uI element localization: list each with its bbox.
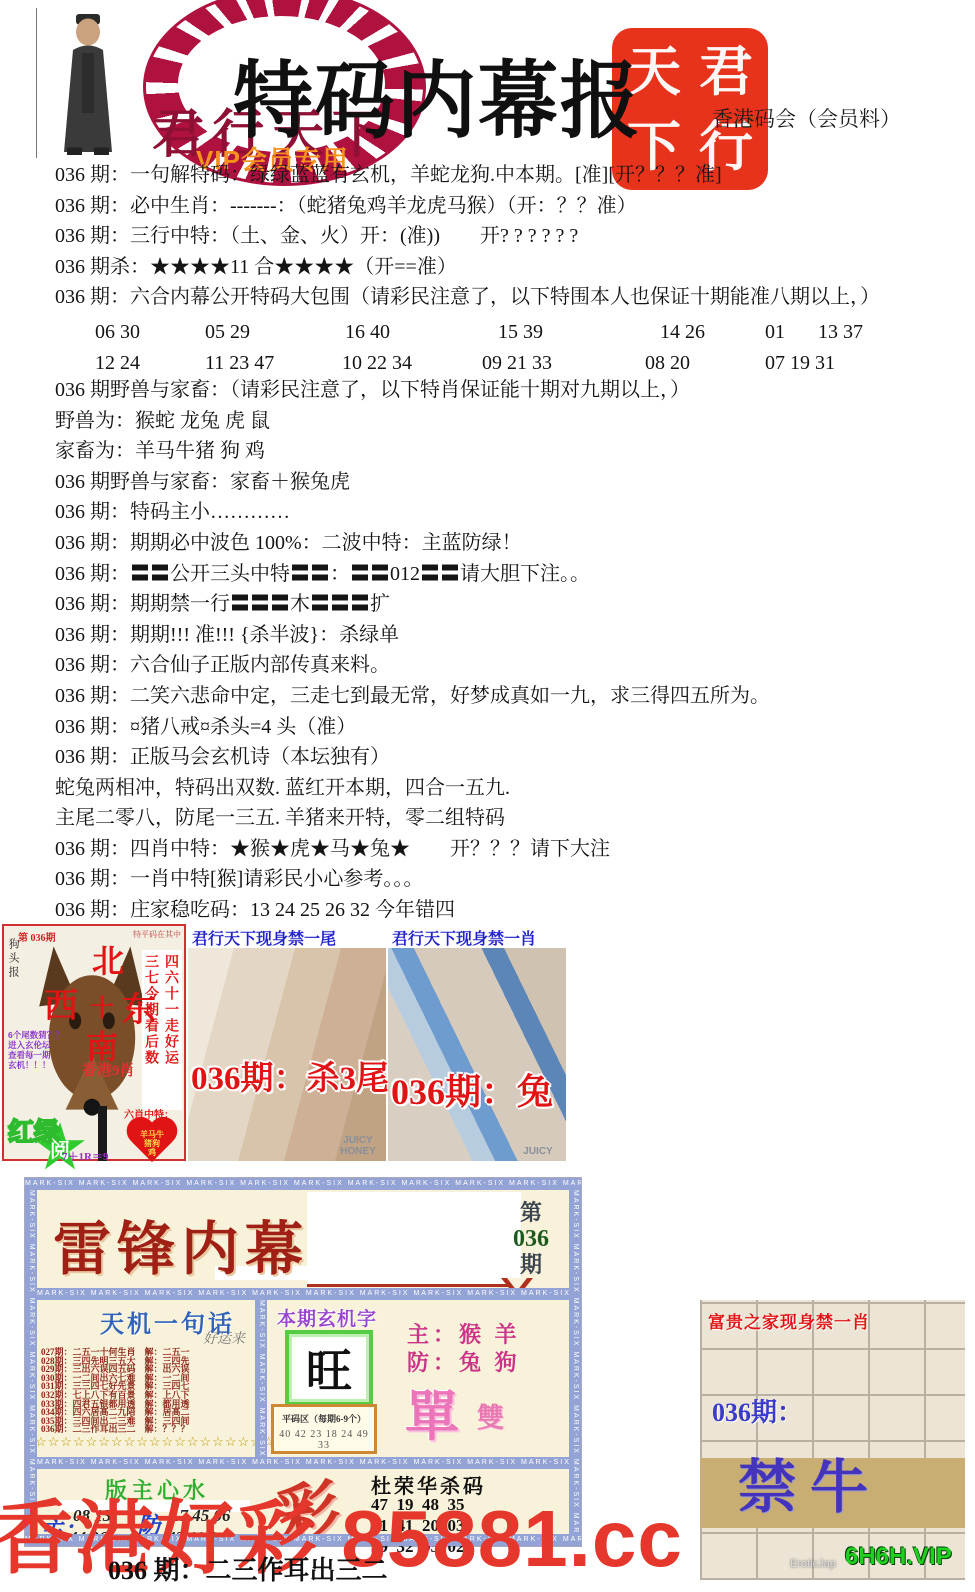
- fox-formula: 7＋1R＝9: [62, 1148, 108, 1164]
- fox-purple-note: 6个尾数猜？？ 进入玄伦坛 查看每一期 玄机！！！: [8, 1030, 64, 1070]
- tip-line: 036 期：三行中特：（土、金、火）开：(准)) 开? ? ? ? ? ?: [55, 221, 971, 252]
- seal-char: 君: [699, 45, 753, 99]
- tip-line: 家畜为：羊马牛猪 狗 鸡: [55, 436, 971, 467]
- fox-poster: 狗头报 第 036期 特平码在其中 北 西 十 东 南 6个尾数猜？？ 进入玄伦…: [2, 924, 186, 1161]
- xuanji-char-box: 旺: [285, 1330, 373, 1406]
- border-pattern: MARK-SIX MARK-SIX MARK-SIX MARK-SIX MARK…: [37, 1288, 569, 1300]
- grid-cell: 12 24: [95, 348, 140, 379]
- tip-line: 036 期：二笑六悲命中定，三走七到最无常，好梦成真如一九，求三得四五所为。: [55, 681, 971, 712]
- grid-cell: 10 22 34: [342, 348, 412, 379]
- tianji-signature: 好运来: [203, 1328, 245, 1348]
- photo-brand: JUICY: [514, 1146, 562, 1157]
- grid-cell: 09 21 33: [482, 348, 552, 379]
- tip-line: 036 期：特码主小…………: [55, 497, 971, 528]
- photo-overlay-text: 036期：杀3尾: [191, 1052, 389, 1099]
- left-margin-line: [36, 8, 37, 158]
- heart-zodiac-text: 羊马牛 猪狗 鸡: [124, 1130, 180, 1157]
- photo-brand: JUICY HONEY: [334, 1135, 382, 1157]
- tip-line: 036 期：必中生肖：-------：（蛇猪兔鸡羊龙虎马猴）（开：？？准）: [55, 191, 971, 222]
- grid-cell: 08 20: [645, 348, 690, 379]
- tip-line: 036 期：期期必中波色 100%：二波中特：主蓝防绿！: [55, 528, 971, 559]
- compass-west: 西: [44, 978, 78, 1027]
- grid-cell: 13 37: [818, 317, 863, 348]
- grid-cell: 11 23 47: [205, 348, 274, 379]
- tip-line: 036 期：六合仙子正版内部传真来料。: [55, 650, 971, 681]
- grid-cell: 14 26: [660, 317, 705, 348]
- pingma-numbers: 40 42 23 18 24 49 33: [274, 1429, 374, 1451]
- tip-line: 036 期：〓〓公开三头中特〓〓：〓〓012〓〓请大胆下注。。: [55, 559, 971, 590]
- fox-vertical-slogan: 四六十一走好运: [160, 954, 180, 1066]
- fox-purple-line: 进入玄伦坛: [8, 1040, 64, 1050]
- xuanji-char: 旺: [306, 1335, 352, 1401]
- photo-issue: 036期：: [712, 1392, 803, 1429]
- fox-green-label: 红绿: [8, 1112, 60, 1149]
- tip-line: 蛇兔两相冲，特码出双数. 蓝红开本期，四合一五九.: [55, 773, 971, 804]
- compass-plus: 十: [90, 988, 114, 1023]
- tip-line: 036 期：一句解特码：绿绿蓝蓝有玄机，羊蛇龙狗.中本期。[准][开？？？准]: [55, 160, 971, 191]
- tianji-rows: 027期：二五一十何生肖 解：二五一 028期：三四先明三五大 解：三四先 02…: [41, 1348, 253, 1434]
- page-title: 特码内幕报: [233, 34, 642, 155]
- tip-line: 036 期：期期!!! 准!!! {杀半波}：杀绿单: [55, 620, 971, 651]
- tip-line: 野兽为：猴蛇 龙兔 虎 鼠: [55, 406, 971, 437]
- heart-icon: 羊马牛 猪狗 鸡: [124, 1118, 180, 1168]
- portrait-figure: [42, 8, 134, 158]
- tip-line: 036 期：一肖中特[猴]请彩民小心参考。。。: [55, 864, 971, 895]
- site-watermark: 6H6H.VIP: [845, 1543, 952, 1571]
- photo-title: 富贵之家现身禁一肖: [708, 1308, 870, 1333]
- tip-line: 036 期：四肖中特：★猴★虎★马★兔★ 开？？？请下大注: [55, 834, 971, 865]
- photo-poster-tail: 君行天下现身禁一尾 036期：杀3尾 JUICY HONEY: [188, 924, 386, 1161]
- photo-title: 君行天下现身禁一尾: [192, 926, 336, 949]
- issue-prefix: 第: [513, 1200, 549, 1226]
- border-pattern: MARK-SIX MARK-SIX MARK-SIX MARK-SIX MARK…: [37, 1457, 569, 1469]
- tip-line: 036 期：六合内幕公开特码大包围（请彩民注意了，以下特围本人也保证十期能准八期…: [55, 282, 971, 313]
- tianji-row: 036期：二三作耳出三二 解：？？？: [41, 1425, 253, 1434]
- tip-sheet-page: 君行天下 VIP会员专用 特码内幕报 天 君 下 行 香港码会（会员料） 036…: [0, 0, 975, 1592]
- tip-line: 主尾二零八，防尾一三五. 羊猪来开特，零二组特码: [55, 803, 971, 834]
- tip-line: 036 期杀：★★★★11 合★★★★（开==准）: [55, 252, 971, 283]
- subtitle: 香港码会（会员料）: [712, 103, 901, 133]
- fox-side-label: 狗头报: [5, 938, 21, 980]
- photo-poster-zodiac: 君行天下现身禁一肖 036期：兔 JUICY: [388, 924, 566, 1161]
- photo-placeholder: [388, 948, 566, 1161]
- chart-issue: 第 036 期: [513, 1200, 549, 1278]
- pingma-title: 平码区（每期6-9个）: [274, 1412, 374, 1425]
- tips-text-block: 036 期：一句解特码：绿绿蓝蓝有玄机，羊蛇龙狗.中本期。[准][开？？？准] …: [55, 160, 971, 926]
- photo-overlay-text: 036期：兔: [391, 1064, 553, 1115]
- tip-line: 036 期：期期禁一行〓〓〓木〓〓〓扩: [55, 589, 971, 620]
- fox-top-right-label: 特平码在其中: [133, 929, 181, 940]
- pingma-box: 平码区（每期6-9个） 40 42 23 18 24 49 33: [271, 1404, 377, 1454]
- photo-ban-text: 禁牛: [738, 1440, 882, 1524]
- fox-purple-line: 玄机！！！: [8, 1060, 64, 1070]
- main-zodiac-label: 主：猴 羊: [407, 1318, 521, 1349]
- grid-cell: 16 40: [345, 317, 390, 348]
- xuanji-title: 本期玄机字: [277, 1304, 377, 1331]
- photo-poster-ban: 富贵之家现身禁一肖 036期： 禁牛 EroticJap: [700, 1300, 965, 1580]
- guard-zodiac-label: 防：兔 狗: [407, 1346, 521, 1377]
- odd-char: 單: [405, 1374, 459, 1451]
- tip-line: 036 期野兽与家畜：家畜＋猴兔虎: [55, 467, 971, 498]
- footer-riddle-line: 036 期：二三作耳出三二: [108, 1550, 388, 1587]
- tip-line: 036 期：¤猪八戒¤杀头=4 头（准）: [55, 712, 971, 743]
- fox-vertical-slogan: 三七今期看后数: [140, 954, 160, 1066]
- border-pattern: MARK-SIX MARK-SIX MARK-SIX MARK-SIX: [255, 1300, 267, 1457]
- even-char: 雙: [477, 1396, 504, 1435]
- tip-line: 036 期野兽与家畜：（请彩民注意了，以下特肖保证能十期对九期以上，）: [55, 375, 971, 406]
- grid-cell: 05 29: [205, 317, 250, 348]
- compass-north: 北: [92, 936, 124, 982]
- fox-purple-line: 查看每一期: [8, 1050, 64, 1060]
- grid-cell: 06 30: [95, 317, 140, 348]
- fox-hk-label: 香港9肖: [82, 1059, 135, 1080]
- photo-title: 君行天下现身禁一肖: [392, 926, 536, 949]
- fox-purple-line: 6个尾数猜？？: [8, 1030, 64, 1040]
- tip-line: 036 期：庄家稳吃码：13 24 25 26 32 今年错四: [55, 895, 971, 926]
- issue-number: 036: [513, 1226, 549, 1252]
- blank-result-box: [307, 1192, 521, 1287]
- issue-suffix: 期: [513, 1252, 549, 1278]
- tip-line: 036 期：正版马会玄机诗（本坛独有）: [55, 742, 971, 773]
- grid-cell: 07 19 31: [765, 348, 835, 379]
- border-pattern: MARK-SIX MARK-SIX MARK-SIX MARK-SIX MARK…: [25, 1178, 581, 1190]
- grid-cell: 01: [765, 317, 785, 348]
- number-grid: 06 30 05 29 16 40 15 39 14 26 01 13 37 1…: [55, 313, 971, 375]
- photo-watermark: EroticJap: [790, 1558, 836, 1570]
- grid-cell: 15 39: [498, 317, 543, 348]
